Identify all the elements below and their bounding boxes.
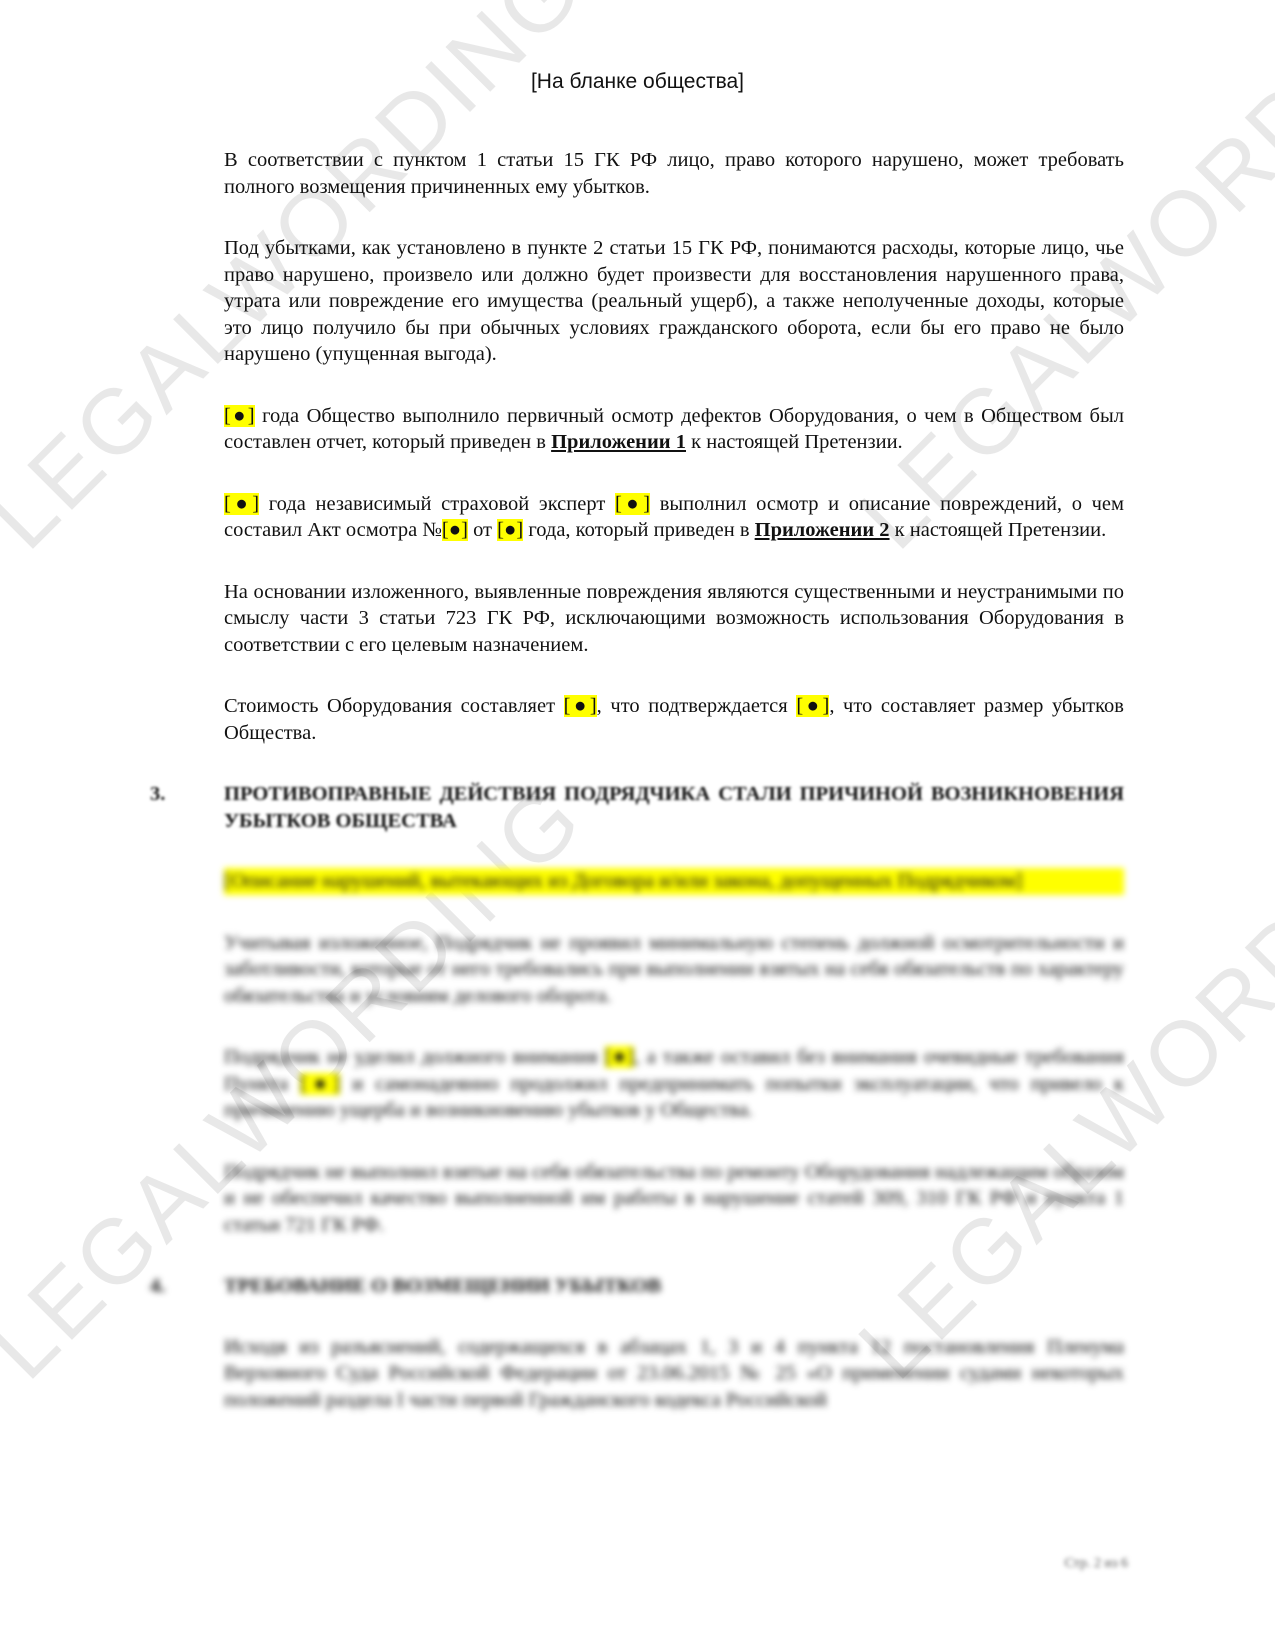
document-body: В соответствии с пунктом 1 статьи 15 ГК … xyxy=(224,147,1124,1448)
section-3-heading: 3. ПРОТИВОПРАВНЫЕ ДЕЙСТВИЯ ПОДРЯДЧИКА СТ… xyxy=(150,781,1124,834)
placeholder-act-date: [●] xyxy=(497,519,523,541)
placeholder: [●] xyxy=(605,1046,635,1068)
section-number: 3. xyxy=(150,781,224,834)
letterhead-placeholder: [На бланке общества] xyxy=(0,70,1275,94)
section-3-paragraph-3: Подрядчик не выполнил взятые на себя обя… xyxy=(224,1159,1124,1239)
section-3-paragraph-1: Учитывая изложенное, Подрядчик не прояви… xyxy=(224,930,1124,1010)
section-3-paragraph-2: Подрядчик не уделил должного внимания [●… xyxy=(224,1044,1124,1124)
paragraph-equipment-cost: Стоимость Оборудования составляет [●], ч… xyxy=(224,693,1124,746)
section-4-heading: 4. ТРЕБОВАНИЕ О ВОЗМЕЩЕНИИ УБЫТКОВ xyxy=(150,1273,1124,1300)
paragraph-initial-inspection: [●] года Общество выполнило первичный ос… xyxy=(224,403,1124,456)
section-title: ТРЕБОВАНИЕ О ВОЗМЕЩЕНИИ УБЫТКОВ xyxy=(224,1273,1124,1300)
section-number: 4. xyxy=(150,1273,224,1300)
paragraph-losses-definition: Под убытками, как установлено в пункте 2… xyxy=(224,235,1124,368)
page-number: Стр. 2 из 6 xyxy=(1065,1556,1128,1572)
placeholder: [●] xyxy=(300,1073,340,1095)
document-page: LEGALWORDING LEGALWORDING LEGALWORDING L… xyxy=(0,0,1275,1651)
placeholder-cost: [●] xyxy=(564,695,597,717)
paragraph-expert-inspection: [●] года независимый страховой эксперт [… xyxy=(224,491,1124,544)
section-3-note: [Описание нарушений, вытекающих из Догов… xyxy=(224,868,1124,895)
appendix-1-reference: Приложении 1 xyxy=(551,431,686,453)
placeholder-expert: [●] xyxy=(615,493,650,515)
section-4-paragraph-1: Исходя из разъяснений, содержащихся в аб… xyxy=(224,1334,1124,1414)
placeholder-act-number: [●] xyxy=(442,519,468,541)
placeholder-date: [●] xyxy=(224,405,255,427)
section-title: ПРОТИВОПРАВНЫЕ ДЕЙСТВИЯ ПОДРЯДЧИКА СТАЛИ… xyxy=(224,781,1124,834)
paragraph-compensation-right: В соответствии с пунктом 1 статьи 15 ГК … xyxy=(224,147,1124,200)
appendix-2-reference: Приложении 2 xyxy=(755,519,890,541)
paragraph-material-defects: На основании изложенного, выявленные пов… xyxy=(224,579,1124,659)
placeholder-evidence: [●] xyxy=(796,695,829,717)
placeholder-date: [●] xyxy=(224,493,259,515)
blurred-preview-content: [Описание нарушений, вытекающих из Догов… xyxy=(224,868,1124,1413)
